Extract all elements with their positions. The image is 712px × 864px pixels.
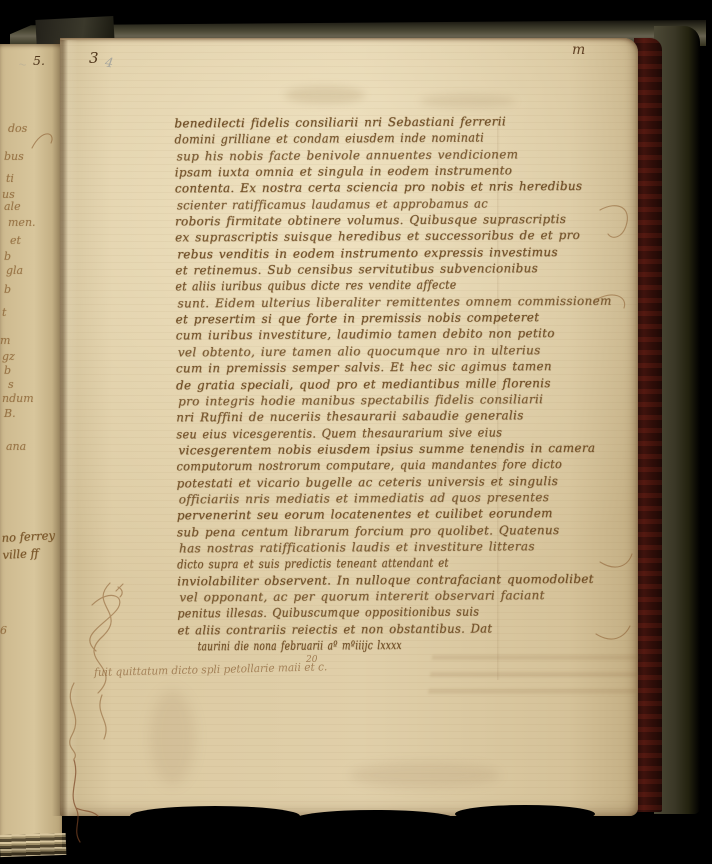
manuscript-line: taurini die nona februarii aº mºiiijc lx… <box>198 636 515 654</box>
manuscript-line: et aliis contrariis reiectis et non obst… <box>177 619 602 638</box>
margin-fragment: bus <box>4 150 24 163</box>
margin-fragment: ndum <box>2 392 34 405</box>
margin-fragment: 6 <box>0 624 7 637</box>
flourish-doodle <box>58 575 158 765</box>
margin-fragment: gla <box>6 264 23 277</box>
margin-fragment: ale <box>4 200 21 213</box>
quire-mark-top-right: m <box>572 42 585 58</box>
manuscript-line: has nostras ratifficationis laudis et in… <box>179 538 617 557</box>
docket-superscript: 20 <box>306 655 317 665</box>
page-stack-edges <box>0 833 66 857</box>
margin-fragment: b <box>4 250 11 263</box>
folio-number-right: 3 <box>89 49 99 67</box>
margin-fragment: t <box>2 306 6 319</box>
margin-fragment: s <box>8 378 14 391</box>
margin-fragment: et <box>10 234 21 247</box>
page-bottom-edge <box>130 806 300 826</box>
margin-fragment: B. <box>4 407 16 420</box>
thread-on-page <box>60 758 106 848</box>
margin-fragment: m <box>0 334 10 347</box>
margin-fragment: ana <box>6 440 26 453</box>
margin-fragment: men. <box>8 216 36 229</box>
manuscript-photo: ~ 5. 3 4 m benedilecti fidelis consiliar… <box>0 0 712 864</box>
margin-fragment: dos <box>8 122 27 135</box>
flourish-curl <box>28 124 62 156</box>
pencil-mark: ~ <box>17 57 28 71</box>
page-bottom-edge <box>455 805 595 823</box>
ink-show-through <box>428 652 641 698</box>
margin-fragment: b <box>4 283 11 296</box>
page-bottom-edge <box>295 810 455 828</box>
margin-fragment: ti <box>6 172 14 185</box>
margin-fragment: b <box>4 364 11 377</box>
margin-note: no ferrey ville ff <box>1 526 73 564</box>
manuscript-text-block: benedilecti fidelis consiliarii nri Seba… <box>174 113 619 655</box>
right-margin-flourishes <box>594 196 640 656</box>
folio-number-left: 5. <box>33 53 45 68</box>
margin-fragment: gz <box>2 350 15 363</box>
